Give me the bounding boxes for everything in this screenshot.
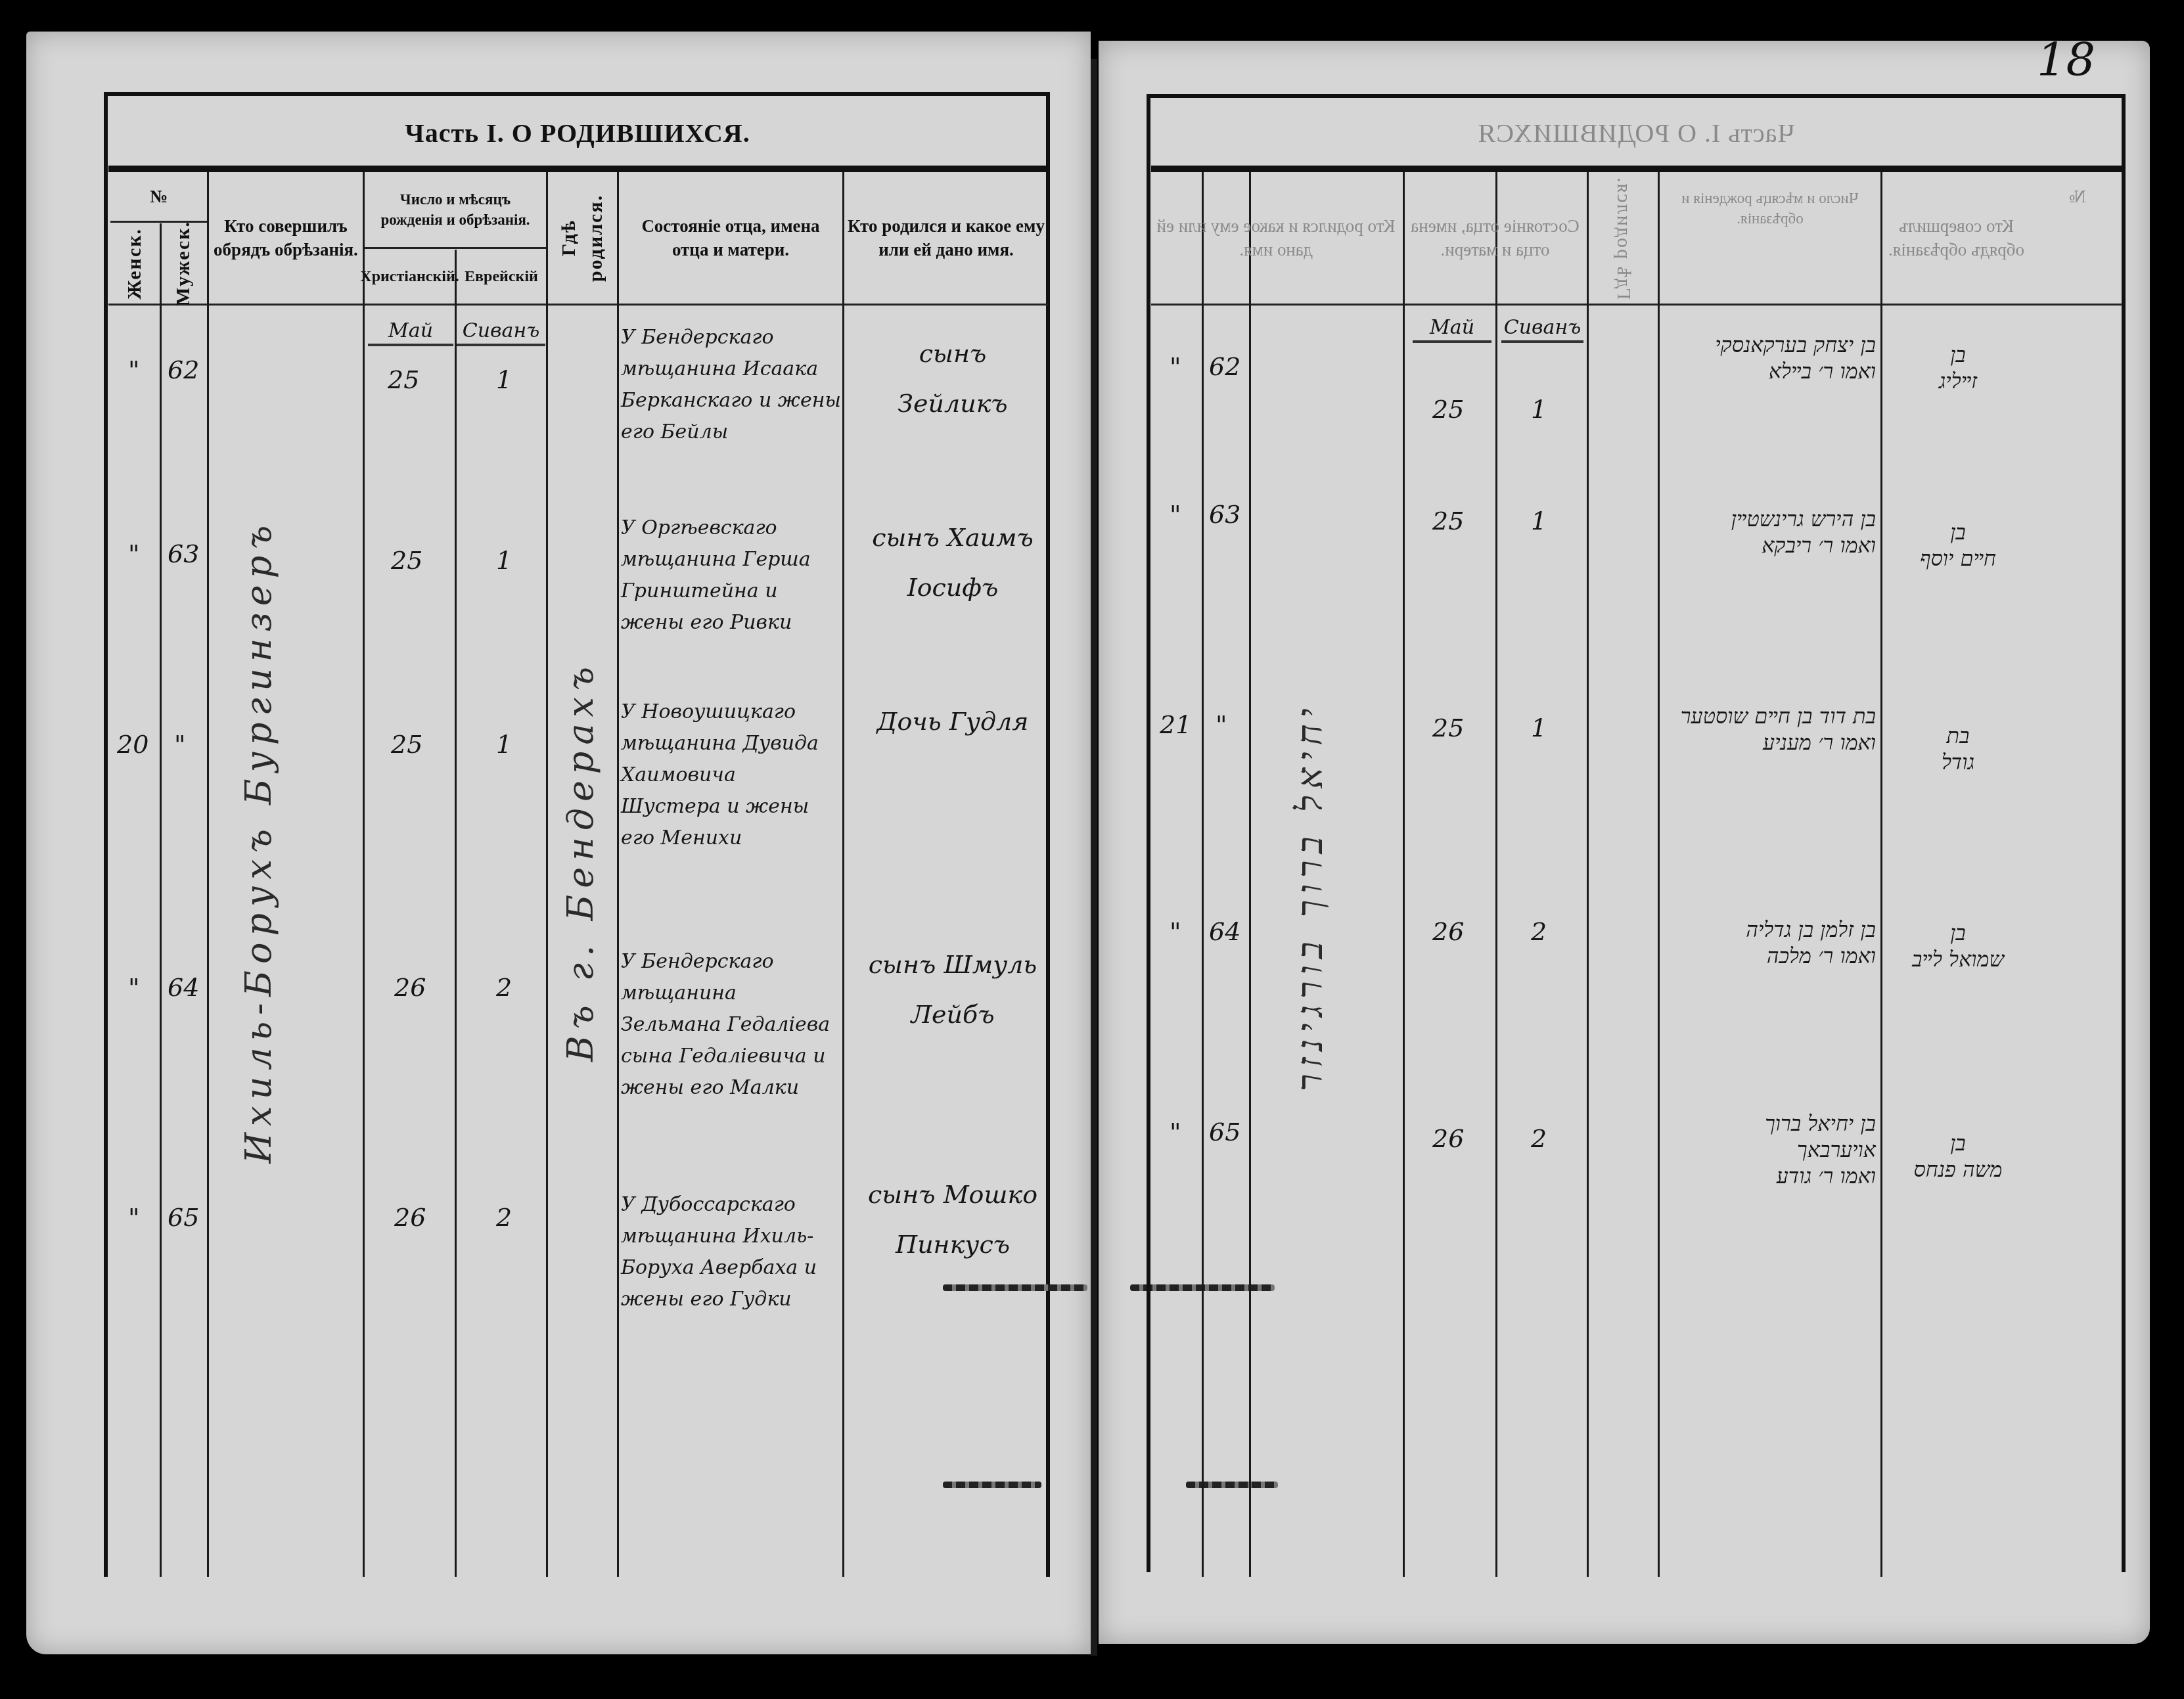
row-christian-day: 25 (1432, 713, 1464, 744)
row-female: " (1170, 351, 1181, 383)
row-child: сынъ Зейликъ (867, 328, 1038, 428)
row-parents: У Дубоссарскаго мѣщанина Ихиль-Боруха Ав… (621, 1189, 841, 1315)
row-jewish-day: 1 (496, 365, 512, 396)
row-jewish-day: 1 (1531, 506, 1547, 537)
header-female: Женск. (110, 223, 160, 304)
left-col-divider (617, 172, 619, 1577)
row-male: 65 (168, 1202, 199, 1234)
row-female: " (128, 539, 139, 570)
row-child: Дочь Гудля (867, 696, 1038, 746)
left-page-title: Часть I. О РОДИВШИХСЯ. (108, 99, 1047, 168)
right-bleed-header-number: № (2033, 172, 2122, 221)
right-month-jewish: Сиванъ (1501, 315, 1583, 343)
row-parents: У Оргѣевскаго мѣщанина Герша Гринштейна … (621, 512, 841, 639)
binding-stitch (943, 1284, 1087, 1291)
row-jewish-day: 1 (1531, 713, 1547, 744)
left-col-divider (546, 172, 548, 1577)
row-parents-hebrew: בן יחיאל ברוך אויערבאך ואמו ר׳ גודע (1662, 1110, 1876, 1189)
right-circumciser-hebrew: יחיאל ברוך בורגינזר (1288, 486, 1354, 1307)
row-parents-hebrew: בת דוד בן חײם שוסטער ואמו ר׳ מעניע (1662, 703, 1876, 756)
row-christian-day: 26 (394, 1202, 426, 1234)
row-christian-day: 26 (1432, 917, 1464, 948)
row-male: " (174, 729, 185, 761)
circumciser-name: Ихиль-Борухъ Бургинзеръ (237, 315, 335, 1367)
right-bleed-header-date: Число и мѣсяцъ рожденія и обрѣзанія. (1660, 172, 1880, 244)
row-christian-day: 25 (388, 365, 419, 396)
row-christian-day: 26 (1432, 1123, 1464, 1155)
row-jewish-day: 2 (1531, 917, 1547, 948)
row-male: 63 (1209, 499, 1240, 531)
row-parents: У Бендерскаго мѣщанина Зельмана Гедаліев… (621, 946, 841, 1104)
left-col-divider (455, 250, 457, 1577)
row-parents: У Бендерскаго мѣщанина Исаака Берканскаг… (621, 322, 841, 448)
row-male: 62 (1209, 351, 1240, 383)
header-birthplace-label: Гдѣ родился. (556, 175, 609, 301)
header-male: Мужеск. (160, 223, 207, 304)
row-female: " (128, 1202, 139, 1234)
right-col-divider (1202, 172, 1204, 1577)
row-female: " (1170, 1117, 1181, 1148)
row-parents-hebrew: בן יצחק בערקאנסקי ואמו ר׳ בײלא (1662, 332, 1876, 384)
row-christian-day: 25 (1432, 506, 1464, 537)
month-jewish: Сиванъ (457, 319, 545, 346)
row-child: сынъ Хаимъ Іосифъ (867, 512, 1038, 612)
right-month-christian: Май (1413, 315, 1491, 343)
right-col-divider (1403, 172, 1405, 1577)
right-col-divider (1495, 172, 1497, 1577)
row-child-hebrew: בן שמואל לײב (1892, 920, 2024, 972)
header-christian: Христіанскій. (365, 250, 455, 304)
left-title-rule (108, 166, 1048, 172)
row-child-hebrew: בן חײם יוסף (1892, 519, 2024, 572)
row-female: 20 (117, 729, 148, 761)
header-number: № (110, 172, 207, 221)
row-parents: У Новоушицкаго мѣщанина Дувида Хаимовича… (621, 696, 841, 854)
row-christian-day: 26 (394, 972, 426, 1004)
birthplace-text: Въ г. Бендерахъ (558, 322, 611, 1399)
row-male: 64 (168, 972, 199, 1004)
row-jewish-day: 1 (1531, 394, 1547, 426)
header-parents: Состояніе отца, имена отца и матери. (619, 172, 842, 304)
right-col-divider (1587, 172, 1589, 1577)
row-jewish-day: 1 (496, 729, 512, 761)
row-parents-hebrew: בן הירש גרינשטײן ואמו ר׳ ריבקא (1662, 506, 1876, 558)
header-circumciser: Кто совершилъ обрядъ обрѣзанія. (209, 172, 363, 304)
header-date-group: Число и мѣсяцъ рожденія и обрѣзанія. (365, 172, 546, 247)
right-col-divider (1880, 172, 1882, 1577)
binding-stitch (943, 1482, 1041, 1488)
left-col-divider (207, 172, 209, 1577)
row-female: 21 (1160, 710, 1191, 741)
header-birthplace: Гдѣ родился. (548, 172, 617, 304)
row-male: " (1216, 710, 1227, 741)
left-col-divider (842, 172, 844, 1577)
row-male: 63 (168, 539, 199, 570)
right-bleed-header-birthplace-label: Гдѣ родился. (1610, 176, 1637, 300)
left-col-divider (160, 223, 162, 1577)
row-child: сынъ Мошко Пинкусъ (867, 1169, 1038, 1269)
row-jewish-day: 2 (496, 972, 512, 1004)
row-male: 64 (1209, 917, 1240, 948)
month-christian: Май (368, 319, 453, 346)
row-jewish-day: 1 (496, 545, 512, 577)
row-male: 65 (1209, 1117, 1240, 1148)
header-male-label: Мужеск. (170, 221, 197, 306)
row-parents-hebrew: בן זלמן בן גדליה ואמו ר׳ מלכה (1662, 917, 1876, 969)
row-christian-day: 25 (391, 545, 422, 577)
header-female-label: Женск. (122, 228, 148, 300)
right-bleed-header-parents: Состояніе отца, имена отца и матери. (1405, 172, 1585, 304)
row-female: " (128, 355, 139, 386)
row-jewish-day: 2 (496, 1202, 512, 1234)
left-date-subrule (365, 247, 546, 249)
row-christian-day: 25 (1432, 394, 1464, 426)
header-child: Кто родился и какое ему или ей дано имя. (844, 172, 1048, 304)
row-christian-day: 25 (391, 729, 422, 761)
row-male: 62 (168, 355, 199, 386)
right-col-divider (1249, 172, 1251, 1577)
right-col-divider (1658, 172, 1660, 1577)
row-child: сынъ Шмуль Лейбъ (867, 940, 1038, 1039)
right-bleed-title: Часть I. О РОДИВШИХСЯ (1150, 99, 2122, 168)
row-female: " (1170, 499, 1181, 531)
row-jewish-day: 2 (1531, 1123, 1547, 1155)
book-spine (1091, 59, 1097, 1656)
left-header-bottom-rule (108, 304, 1048, 306)
row-child-hebrew: בן זײליג (1892, 342, 2024, 394)
page-number: 18 (2037, 33, 2095, 87)
left-col-divider (363, 172, 365, 1577)
right-bleed-header-circumciser: Кто совершилъ обрядъ обрѣзанія. (1882, 172, 2030, 304)
header-jewish: Еврейскій (457, 250, 546, 304)
row-female: " (128, 972, 139, 1004)
right-title-rule (1151, 166, 2122, 172)
row-child-hebrew: בן משה פנחס (1892, 1130, 2024, 1183)
right-header-bottom-rule (1151, 304, 2122, 306)
row-child-hebrew: בת גודל (1892, 723, 2024, 775)
right-bleed-header-birthplace: Гдѣ родился. (1589, 172, 1658, 304)
row-female: " (1170, 917, 1181, 948)
right-bleed-header-child: Кто родился и какое ему или ей дано имя. (1151, 172, 1401, 304)
